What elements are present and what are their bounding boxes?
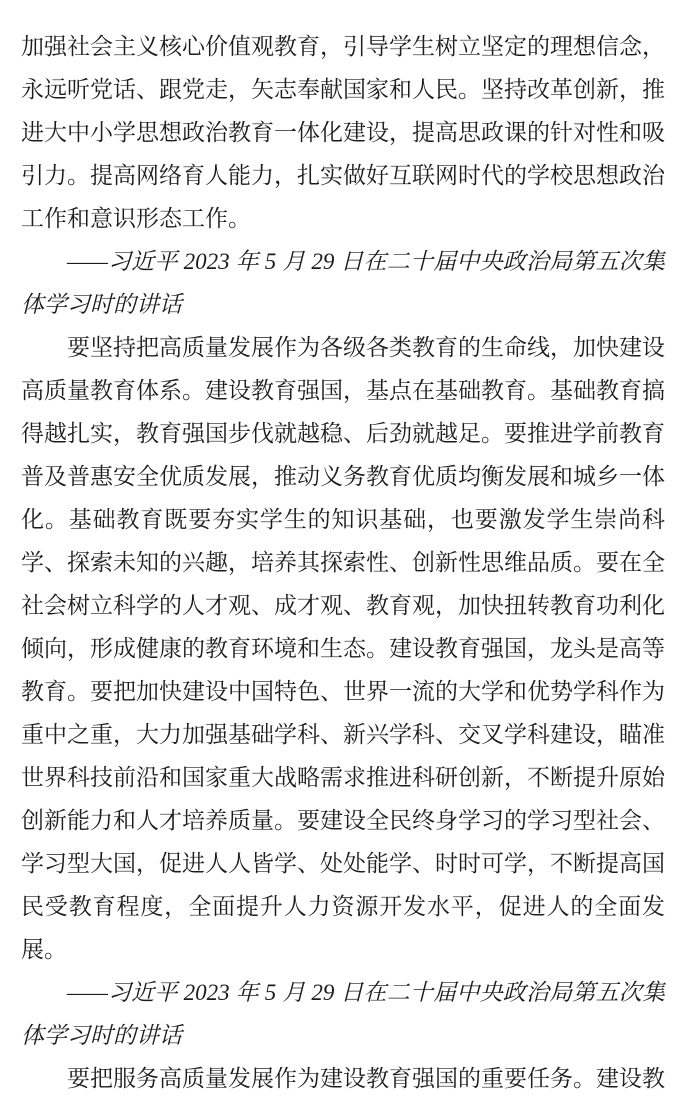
document-page: 加强社会主义核心价值观教育，引导学生树立坚定的理想信念，永远听党话、跟党走，矢志… (0, 0, 691, 1096)
attribution-line-2: ——习近平 2023 年 5 月 29 日在二十届中央政治局第五次集体学习时的讲… (21, 971, 665, 1057)
quote-paragraph-cut-off: 要把服务高质量发展作为建设教育强国的重要任务。建设教 (21, 1057, 665, 1096)
quote-paragraph-continuation: 加强社会主义核心价值观教育，引导学生树立坚定的理想信念，永远听党话、跟党走，矢志… (21, 25, 665, 240)
attribution-line-1: ——习近平 2023 年 5 月 29 日在二十届中央政治局第五次集体学习时的讲… (21, 240, 665, 326)
quote-paragraph-education: 要坚持把高质量发展作为各级各类教育的生命线，加快建设高质量教育体系。建设教育强国… (21, 326, 665, 971)
